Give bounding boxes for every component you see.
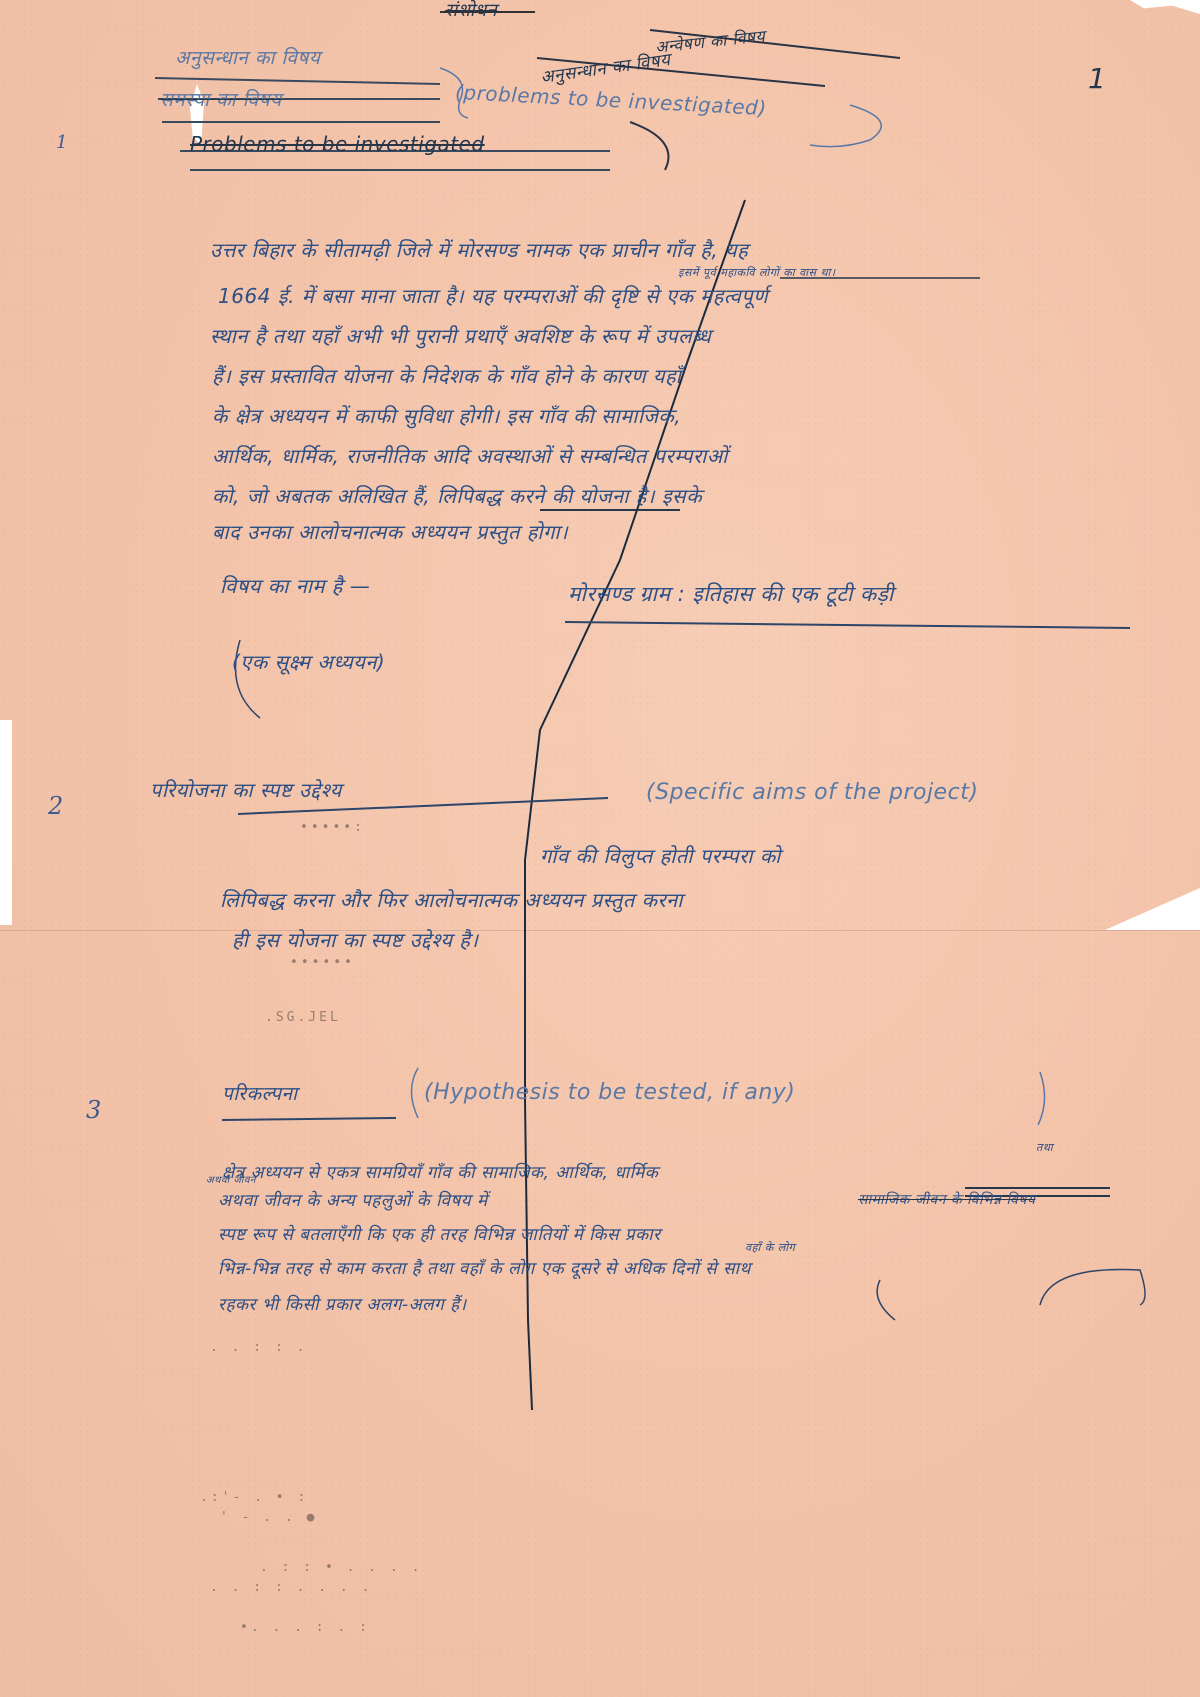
show-through-text: •. . . : . : [240,1620,370,1635]
s3-insert-c: वहाँ के लोग [745,1240,795,1255]
s3-line-3: स्पष्ट रूप से बतलाएँगी कि एक ही तरह विभि… [218,1222,661,1245]
struck-header: संशोधन [445,0,497,22]
s2-line-1: गाँव की विलुप्त होती परम्परा को [540,842,781,869]
show-through-text: . : : • . . . . [260,1560,422,1575]
s1-interlinear: इसमें पूर्व महाकवि लोगों का वास था। [678,265,836,280]
title-line3-struck: Problems to be investigated [190,132,485,156]
s1-line-8: बाद उनका आलोचनात्मक अध्ययन प्रस्तुत होगा… [212,518,568,545]
section2-heading-english: (Specific aims of the project) [646,780,978,805]
show-through-text: . . : : . [210,1340,307,1355]
s3-line-2: अथवा जीवन के अन्य पहलुओं के विषय में [218,1188,488,1211]
title-line1: अनुसन्धान का विषय [175,44,320,70]
s1-line-1: उत्तर बिहार के सीतामढ़ी जिले में मोरसण्ड… [210,236,748,263]
s2-line-3: ही इस योजना का स्पष्ट उद्देश्य है। [232,926,478,953]
s1-line-5: के क्षेत्र अध्ययन में काफी सुविधा होगी। … [212,402,681,429]
document-page: संशोधन 1 अनुसन्धान का विषय समस्या का विष… [0,0,1200,1697]
show-through-text: .:'- . • : [200,1490,308,1505]
subject-subtitle: (एक सूक्ष्म अध्ययन) [232,648,385,675]
show-through-text: •••••: [300,820,365,835]
s3-line-4: भिन्न-भिन्न तरह से काम करता है तथा वहाँ … [218,1256,751,1279]
page-number: 1 [1088,62,1106,95]
s3-struck-fragment: सामाजिक जीवन के विभिन्न विषय [858,1190,1035,1209]
s1-line-3: स्थान है तथा यहाँ अभी भी पुरानी प्रथाएँ … [210,322,711,349]
s3-insert-a: तथा [1036,1140,1053,1155]
s1-line-2: 1664 ई. में बसा माना जाता है। यह परम्परा… [218,282,768,309]
section2-heading: परियोजना का स्पष्ट उद्देश्य [150,776,342,803]
s1-line-6: आर्थिक, धार्मिक, राजनीतिक आदि अवस्थाओं स… [212,442,728,469]
section1-number: 1 [56,132,67,153]
s3-line-1: क्षेत्र अध्ययन से एकत्र सामग्रियाँ गाँव … [222,1160,658,1183]
show-through-text: •••••• [290,955,355,970]
section3-heading-english: (Hypothesis to be tested, if any) [424,1080,795,1105]
s1-line-7: को, जो अबतक अलिखित हैं, लिपिबद्ध करने की… [212,482,702,509]
s3-line-5: रहकर भी किसी प्रकार अलग-अलग हैं। [218,1292,467,1315]
subject-title: मोरसण्ड ग्राम : इतिहास की एक टूटी कड़ी [568,580,894,608]
section3-number: 3 [86,1096,101,1124]
section3-heading: परिकल्पना [222,1080,298,1106]
title-line2-struck: समस्या का विषय [160,86,282,112]
show-through-text: . . : : . . . . [210,1580,372,1595]
s2-line-2: लिपिबद्ध करना और फिर आलोचनात्मक अध्ययन प… [220,886,683,913]
subject-label: विषय का नाम है — [220,572,370,599]
show-through-text: .SG.JEL [265,1010,341,1025]
section2-number: 2 [48,792,63,820]
s1-line-4: हैं। इस प्रस्तावित योजना के निदेशक के गा… [212,362,681,389]
s3-insert-b: अथवा जीवन [206,1172,256,1186]
show-through-text: ' - . . ● [220,1510,317,1525]
